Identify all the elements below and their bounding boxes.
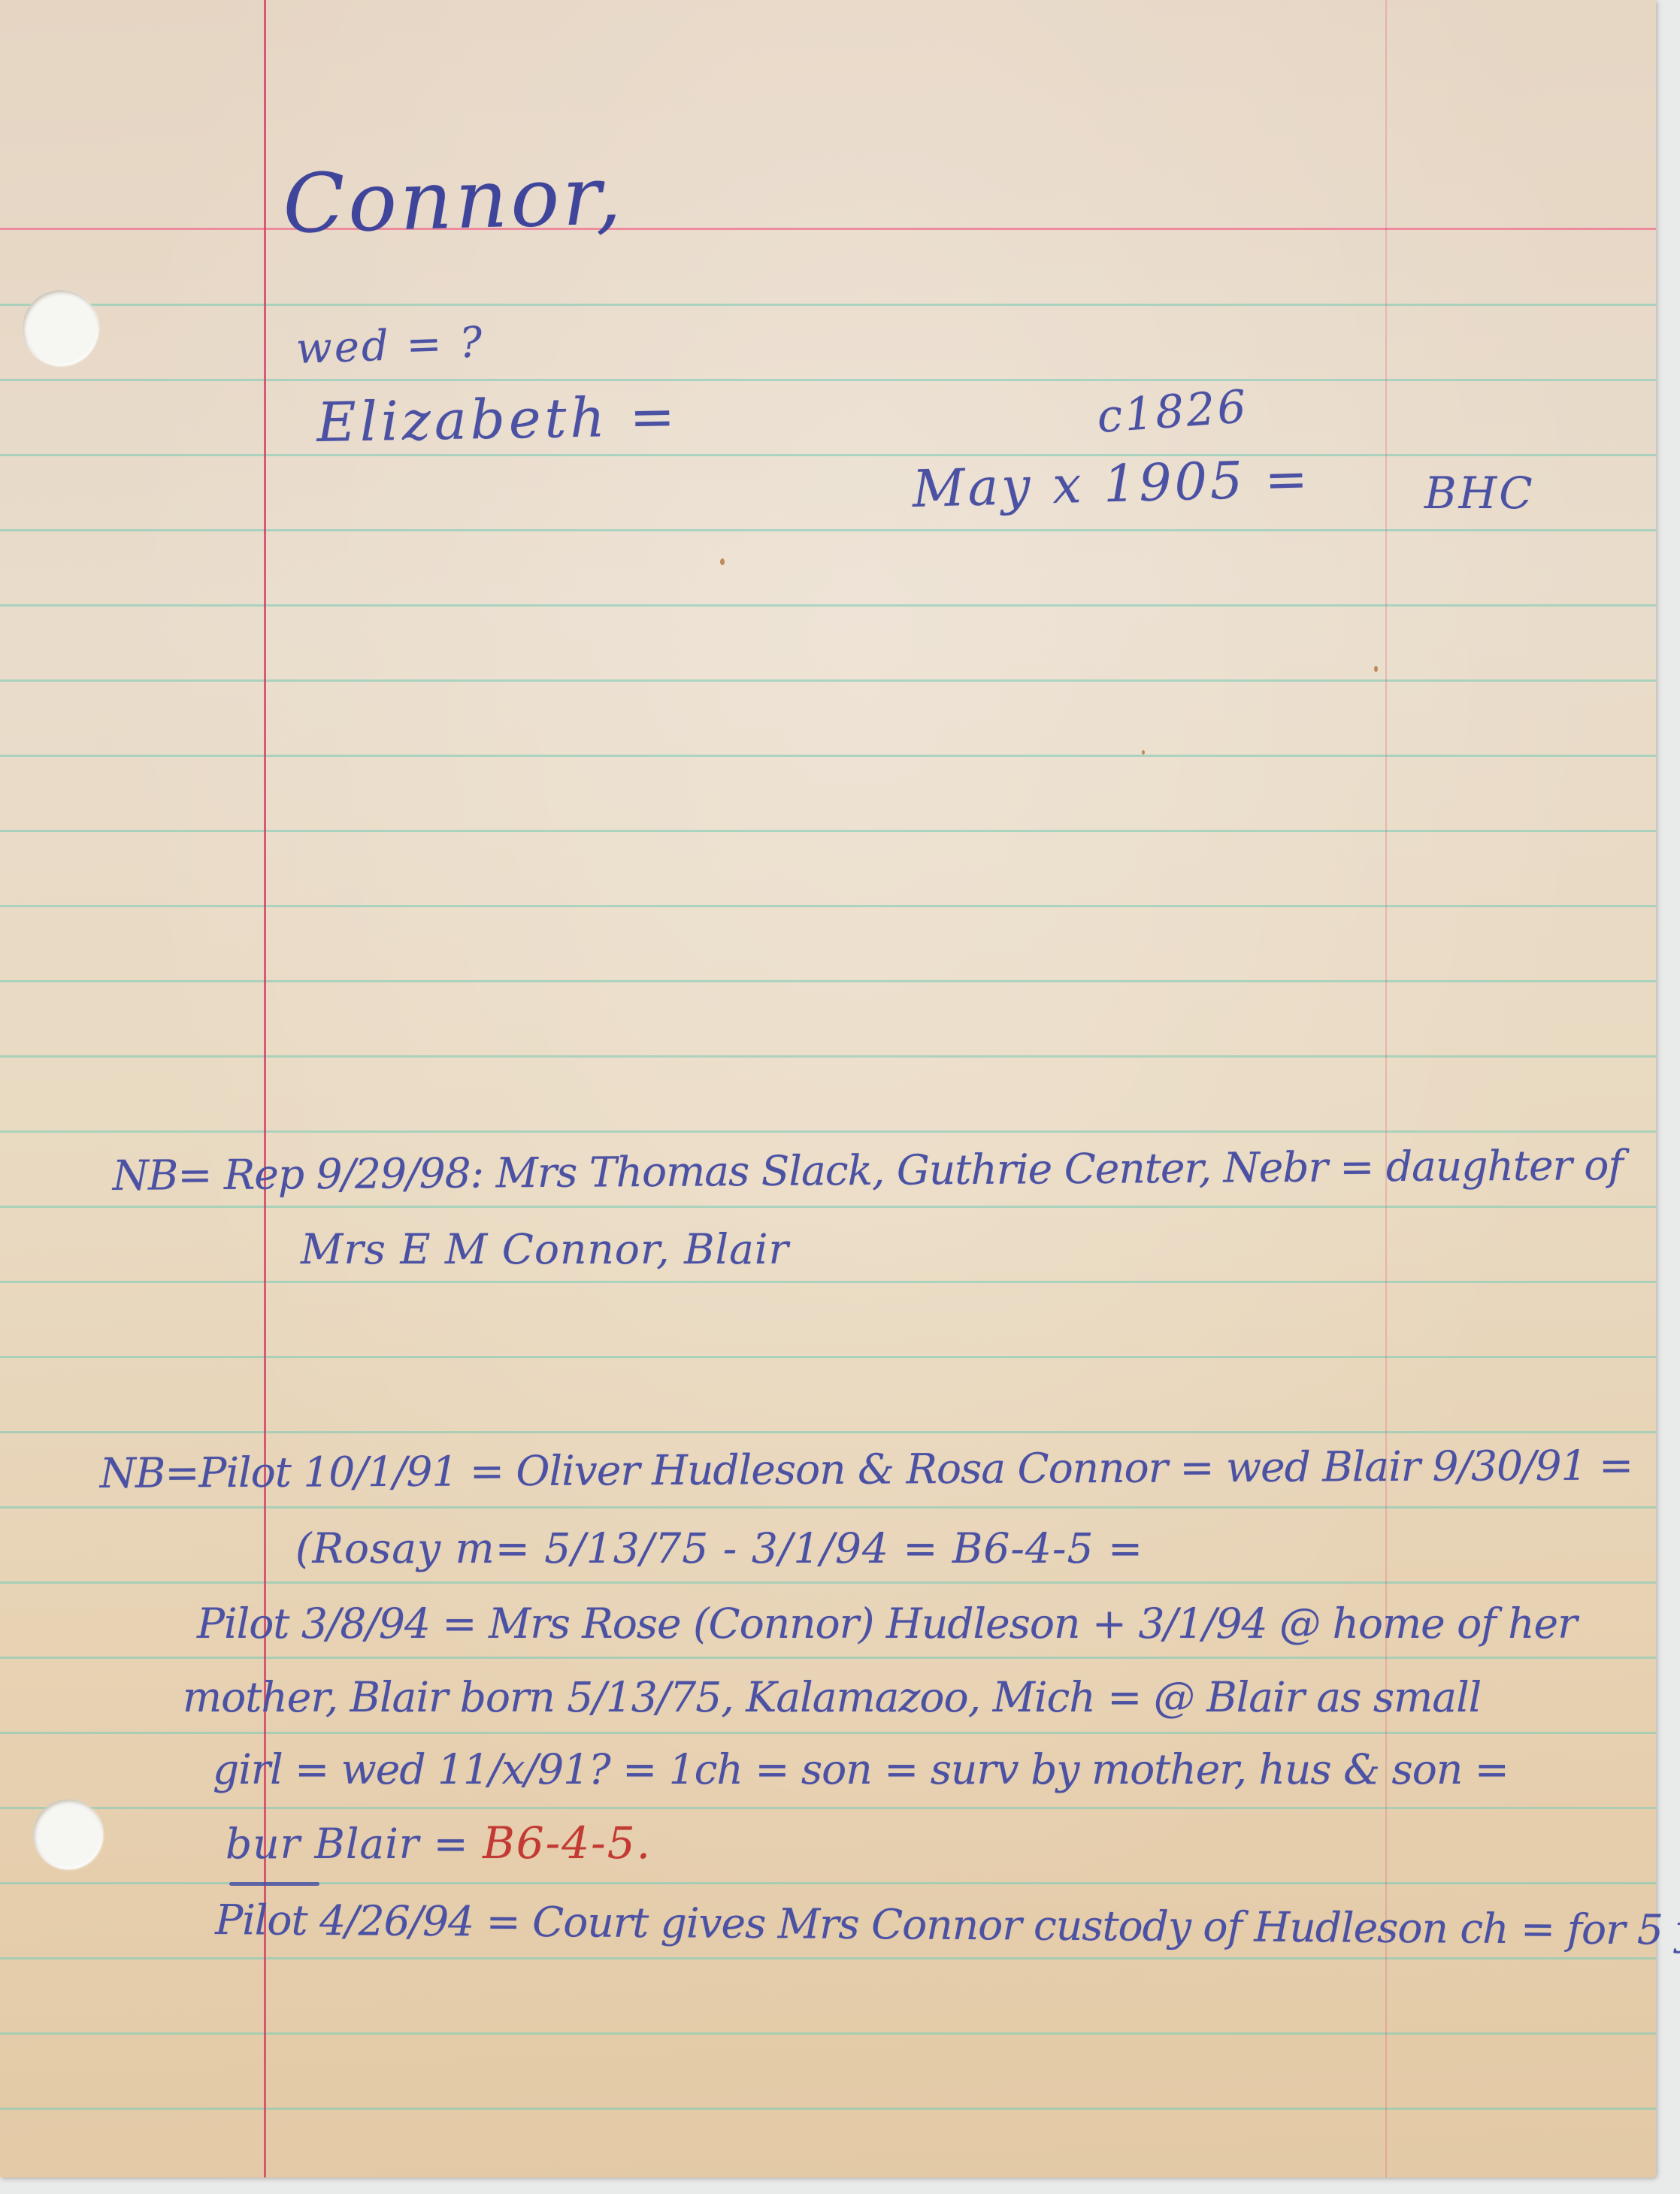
ruled-line (0, 1581, 1656, 1584)
ruled-line (0, 1506, 1656, 1509)
index-card-page: Connor, wed = ? Elizabeth = c1826 May x … (0, 0, 1656, 2177)
ruled-line (0, 2032, 1656, 2035)
right-margin-line (1385, 0, 1387, 2177)
ruled-line (0, 905, 1656, 907)
paper-speck (1142, 750, 1145, 755)
ruled-line (0, 1130, 1656, 1133)
punch-hole-top (23, 290, 98, 366)
pilot94-note-line3: girl = wed 11/x/91? = 1ch = son = surv b… (213, 1745, 1509, 1793)
burial-place-text: bur Blair = (226, 1820, 469, 1868)
ruled-line (0, 1206, 1656, 1208)
rep-note-line1: NB= Rep 9/29/98: Mrs Thomas Slack, Guthr… (113, 1141, 1623, 1200)
pilot94-note-line1: Pilot 3/8/94 = Mrs Rose (Connor) Hudleso… (197, 1599, 1576, 1648)
initials-bhc: BHC (1424, 468, 1535, 519)
ruled-line (0, 2108, 1656, 2110)
ruled-line (0, 1356, 1656, 1358)
ruled-line (0, 529, 1656, 531)
ruled-line (0, 1807, 1656, 1809)
wed-date: May x 1905 = (912, 449, 1312, 519)
pilot94-note-line4: bur Blair = B6-4-5. (226, 1817, 652, 1869)
spouse-name-line: Elizabeth = (316, 385, 680, 454)
burial-plot-code-red: B6-4-5. (483, 1817, 652, 1869)
header-rule-line (0, 228, 1656, 230)
ruled-line (0, 1732, 1656, 1734)
ruled-line (0, 980, 1656, 982)
pilot91-note-line2: (Rosay m= 5/13/75 - 3/1/94 = B6-4-5 = (295, 1524, 1143, 1572)
ruled-line (0, 304, 1656, 306)
surname-title: Connor, (282, 149, 625, 252)
ruled-line (0, 454, 1656, 456)
ruled-line (0, 1055, 1656, 1058)
ruled-line (0, 604, 1656, 607)
circa-date: c1826 (1095, 380, 1250, 443)
ruled-line (0, 1957, 1656, 1959)
bur-underline-mark (229, 1882, 319, 1886)
ruled-line (0, 830, 1656, 832)
custody-note-line: Pilot 4/26/94 = Court gives Mrs Connor c… (215, 1896, 1680, 1954)
paper-speck (1374, 666, 1378, 672)
rep-note-line2: Mrs E M Connor, Blair (301, 1225, 789, 1273)
paper-speck (720, 558, 725, 565)
pilot94-note-line2: mother, Blair born 5/13/75, Kalamazoo, M… (183, 1673, 1481, 1721)
ruled-line (0, 379, 1656, 381)
wed-line: wed = ? (295, 318, 486, 374)
ruled-line (0, 755, 1656, 757)
ruled-line (0, 1657, 1656, 1659)
ruled-line (0, 1281, 1656, 1283)
ruled-line (0, 1431, 1656, 1433)
pilot91-note-line1: NB=Pilot 10/1/91 = Oliver Hudleson & Ros… (100, 1441, 1633, 1497)
ruled-line (0, 679, 1656, 682)
punch-hole-bottom (33, 1799, 103, 1869)
